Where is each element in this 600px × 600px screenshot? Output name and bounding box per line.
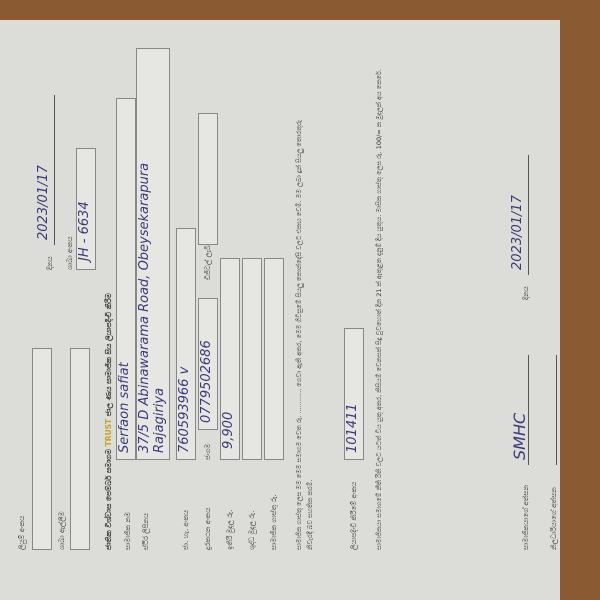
nic-field[interactable]: 760593966 v	[176, 228, 196, 460]
member-name-value: Serfaon safiat	[117, 362, 132, 453]
receipt-field[interactable]: 101411	[344, 328, 364, 460]
date-line	[54, 95, 55, 245]
officer-signature-label: නිලධාරියාගේ අත්සන	[550, 487, 559, 550]
member-name-label: සාමාජික නම	[124, 512, 133, 550]
date-label: දිනය	[46, 256, 55, 270]
date-label-2: දිනය	[522, 286, 531, 300]
balance-value: 9,900	[221, 412, 236, 449]
member-fee-field[interactable]	[264, 258, 284, 460]
nic-label: ජා. හැ. අංකය	[182, 510, 191, 550]
date-value: 2023/01/17	[36, 165, 51, 240]
branch-code-label: ශාඛා අංකය	[66, 236, 75, 270]
address-field[interactable]: 37/5 D Abinawarama Road, Obeysekarapura …	[136, 48, 170, 460]
mobile-label: ජංගම	[204, 443, 213, 460]
rotated-document: ලියුම් අංකය ශාඛා ඇල්ලීම දිනය 2023/01/17 …	[0, 0, 600, 600]
title-suffix: ජාල ණය සාමාජික සිය ලියාපදිංචි කිරීම	[104, 293, 113, 416]
header-label-2: ශාඛා ඇල්ලීම	[58, 511, 67, 550]
address-line-1: 37/5 D Abinawarama Road, Obeysekarapura	[137, 163, 152, 453]
branch-code-value: JH - 6634	[77, 201, 92, 261]
digital-label: ඩිජිටල් ලැබීම	[204, 240, 213, 280]
nic-value: 760593966 v	[177, 367, 192, 453]
digital-field[interactable]	[198, 113, 218, 245]
date-value-2: 2023/01/17	[510, 195, 525, 270]
member-name-field[interactable]: Serfaon safiat	[116, 98, 136, 460]
date-line-2	[528, 155, 529, 275]
net-amount-field[interactable]	[242, 258, 262, 460]
address-label: ස්ථිර ලිපිනය	[142, 513, 151, 550]
mobile-value: 0779502686	[199, 340, 214, 423]
declaration-paragraph: සාමාජික ගාස්තු ලෙස මම මෙම සමාගම වෙත රු. …	[294, 110, 316, 550]
signature-line-2	[556, 355, 557, 465]
header-label-1: ලියුම් අංකය	[18, 516, 27, 550]
member-fee-label: සාමාජික ගාස්තු රු.	[270, 494, 279, 550]
phone-label: දුරකථන අංකය	[204, 508, 213, 550]
balance-field[interactable]: 9,900	[220, 258, 240, 460]
receipt-label: ලියාපදිංචි කිරීමේ අංකය	[350, 482, 359, 550]
header-field-2[interactable]	[70, 348, 90, 550]
mobile-field[interactable]: 0779502686	[198, 298, 218, 430]
form-title: ජාතික විශ්වාස පෙම්බර් සමාගම TRUST ජාල ණය…	[104, 293, 114, 550]
terms-paragraph: සාමාජිකයා සමාගමේ නීති රීති වලට යටත් විය …	[374, 50, 385, 550]
signature-line-1	[528, 355, 529, 465]
branch-code-field[interactable]: JH - 6634	[76, 148, 96, 270]
net-amount-label: ශුද්ධ මුදල රු.	[248, 511, 257, 550]
address-line-2: Rajagiriya	[152, 388, 167, 453]
receipt-value: 101411	[345, 403, 360, 453]
member-signature-label: සාමාජිකයාගේ අත්සන	[522, 485, 531, 550]
balance-label: ඉතිරි මුදල රු.	[226, 510, 235, 550]
member-signature: SMHC	[510, 413, 529, 460]
trust-logo: TRUST	[104, 419, 113, 447]
title-prefix: ජාතික විශ්වාස පෙම්බර් සමාගම	[104, 449, 113, 550]
header-field-1[interactable]	[32, 348, 52, 550]
